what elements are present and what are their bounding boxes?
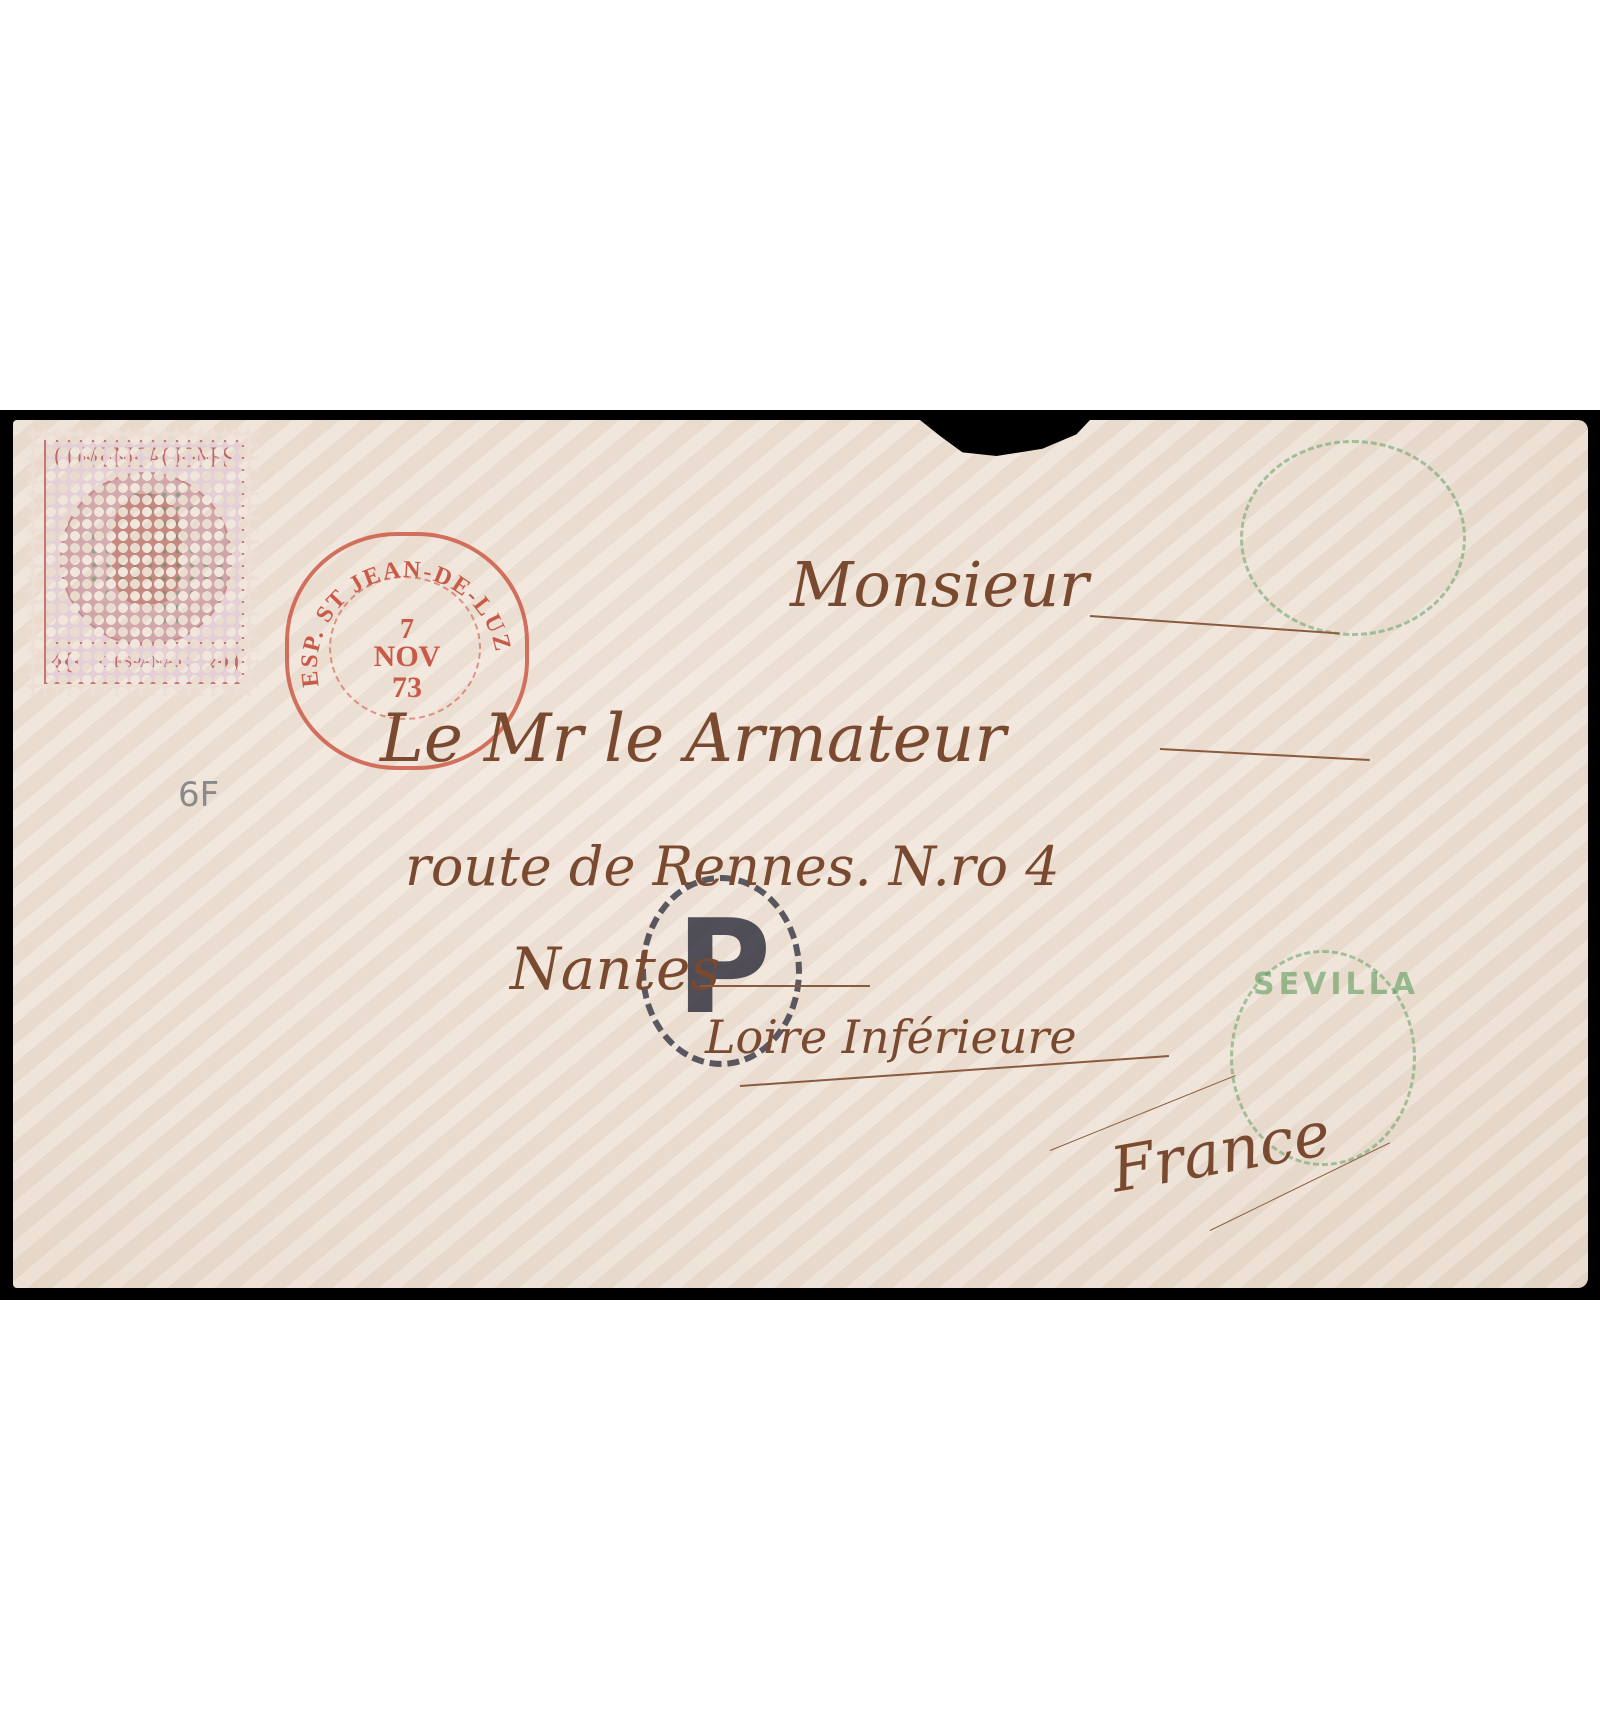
address-line-3: route de Rennes. N.ro 4 [405, 835, 1060, 898]
address-line-1: Monsieur [790, 548, 1089, 621]
stamp-value-left: 40 [46, 646, 82, 680]
address-line-2: Le Mr le Armateur [380, 700, 1006, 777]
stamp-value-bar: 40 C.ESPAÑA.C 40 [46, 642, 242, 682]
underline-4 [700, 985, 870, 987]
pencil-note: 6F [178, 775, 219, 815]
stamp-value-right: 40 [206, 646, 242, 680]
stamp-country-text: C.ESPAÑA.C [99, 654, 189, 672]
green-postmark-text: SEVILLA [1253, 967, 1419, 1002]
postmark-month: NOV [289, 640, 525, 674]
green-postmark-top-right [1240, 440, 1466, 636]
stamp-top-text: COMUNICACIONES [50, 443, 238, 476]
green-dot-cancel [87, 488, 227, 628]
address-line-5: Loire Inférieure [705, 1010, 1077, 1064]
postage-stamp: COMUNICACIONES 40 C.ESPAÑA.C 40 [27, 428, 259, 696]
address-line-4: Nantes [510, 935, 720, 1003]
